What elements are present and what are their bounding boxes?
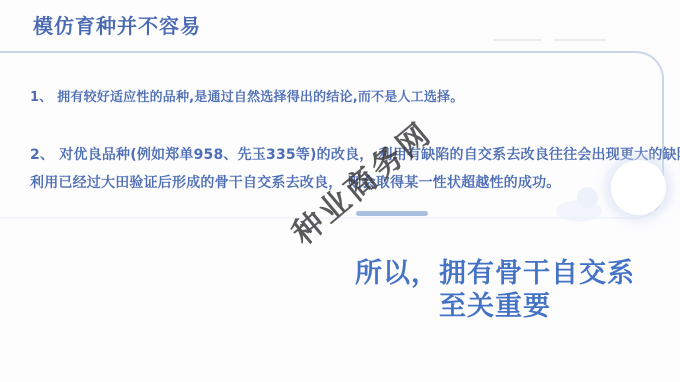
presentation-slide: 模仿育种并不容易 1、 拥有较好适应性的品种,是通过自然选择得出的结论,而不是人… — [0, 0, 680, 382]
decorative-circle-large — [611, 160, 666, 215]
divider-dash — [493, 39, 542, 41]
decorative-circle-small — [577, 187, 598, 208]
conclusion-headline: 所以，拥有骨干自交系 至关重要 — [338, 257, 652, 323]
accent-underline — [356, 211, 428, 216]
divider-dash — [553, 39, 607, 41]
slide-title: 模仿育种并不容易 — [33, 10, 201, 39]
conclusion-line-2: 至关重要 — [338, 290, 652, 323]
conclusion-line-1: 所以，拥有骨干自交系 — [338, 257, 652, 290]
bullet-point-1: 1、 拥有较好适应性的品种,是通过自然选择得出的结论,而不是人工选择。 — [30, 86, 463, 105]
